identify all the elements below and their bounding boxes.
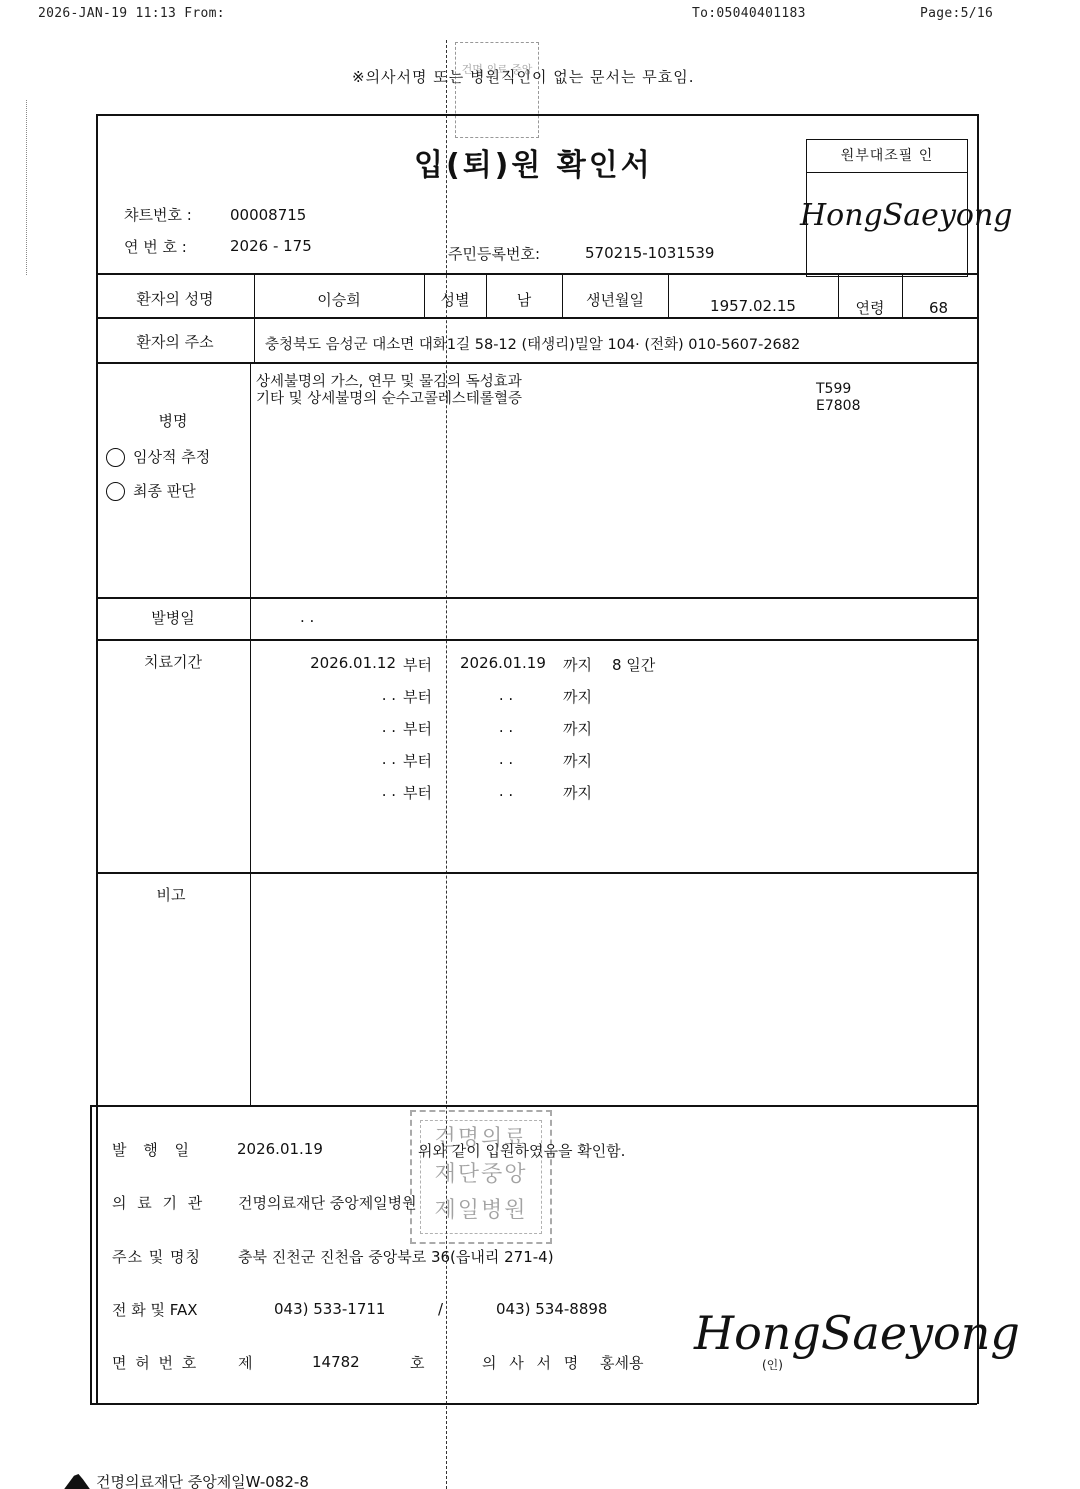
fax-page-indicator: Page:5/16 bbox=[920, 6, 993, 21]
fax-recipient: To:05040401183 bbox=[692, 6, 806, 21]
institution-name: 건명의료재단 중앙제일병원 bbox=[238, 1192, 417, 1213]
rule-bottom bbox=[90, 1403, 977, 1405]
treatment-to-date: . . bbox=[460, 750, 552, 768]
document-title: 입(퇴)원 확인서 bbox=[414, 140, 653, 184]
chart-number-label: 챠트번호 : bbox=[124, 204, 192, 225]
treatment-to-word: 까지 bbox=[563, 782, 592, 803]
clinical-estimate-radio[interactable] bbox=[106, 448, 125, 467]
treatment-from-date: 2026.01.12 bbox=[290, 654, 396, 672]
treatment-to-date: . . bbox=[460, 718, 552, 736]
treatment-to-word: 까지 bbox=[563, 686, 592, 707]
treatment-to-date: . . bbox=[460, 782, 552, 800]
treatment-from-word: 부터 bbox=[403, 750, 432, 771]
treatment-from-word: 부터 bbox=[403, 686, 432, 707]
margin-line bbox=[26, 100, 27, 275]
fax-number: 043) 534-8898 bbox=[496, 1300, 607, 1318]
confirmation-statement: 위와 같이 입원하였음을 확인함. bbox=[418, 1140, 625, 1161]
onset-label: 발병일 bbox=[96, 607, 250, 628]
treatment-from-word: 부터 bbox=[403, 782, 432, 803]
treatment-from-date: . . bbox=[290, 686, 396, 704]
diagnosis-line-2: 기타 및 상세불명의 순수고콜레스테롤혈증 bbox=[256, 391, 522, 407]
rule-remarks-row bbox=[90, 1105, 977, 1107]
col-line-label-lower bbox=[250, 362, 251, 1105]
serial-number: 2026 - 175 bbox=[230, 237, 312, 255]
patient-age: 68 bbox=[902, 299, 975, 317]
phone-fax-separator: / bbox=[438, 1300, 443, 1318]
frame-left-lower bbox=[90, 1105, 92, 1405]
hospital-seal-stamp: 건명의료 재단중앙 제일병원 bbox=[410, 1110, 552, 1244]
sex-label: 성별 bbox=[424, 289, 486, 310]
institution-label: 의 료 기 관 bbox=[112, 1192, 205, 1213]
rule-diagnosis-row bbox=[96, 597, 977, 599]
license-prefix: 제 bbox=[238, 1352, 253, 1373]
license-suffix: 호 bbox=[410, 1352, 425, 1373]
footer-form-code: 건명의료재단 중앙제일W-082-8 bbox=[62, 1471, 309, 1489]
doctor-signature-label: 의 사 서 명 bbox=[482, 1352, 582, 1373]
serial-number-label: 연 번 호 : bbox=[124, 236, 187, 257]
institution-address-label: 주소 및 명칭 bbox=[112, 1246, 201, 1267]
option-clinical-estimate[interactable]: 임상적 추정 bbox=[106, 446, 210, 467]
col-line-label bbox=[254, 273, 255, 362]
patient-name-label: 환자의 성명 bbox=[96, 288, 254, 309]
treatment-from-word: 부터 bbox=[403, 654, 432, 675]
doctor-handwritten-signature: HongSaeyong bbox=[694, 1306, 1020, 1360]
issue-date: 2026.01.19 bbox=[237, 1140, 323, 1158]
diagnosis-line-1: 상세불명의 가스, 연무 및 물김의 독성효과 bbox=[256, 374, 522, 390]
seal-text: 건명의료 재단중앙 제일병원 bbox=[420, 1120, 542, 1234]
treatment-to-date: 2026.01.19 bbox=[460, 654, 552, 672]
doctor-name: 홍세용 bbox=[600, 1352, 643, 1373]
treatment-days: 8 일간 bbox=[612, 654, 655, 675]
rule-treatment-row bbox=[96, 872, 977, 874]
fax-sender-timestamp: 2026-JAN-19 11:13 From: bbox=[38, 6, 225, 21]
patient-dob: 1957.02.15 bbox=[668, 297, 838, 315]
patient-sex: 남 bbox=[486, 289, 562, 310]
stamp-top-text: 건명 의료 중앙 bbox=[456, 63, 538, 77]
rule-onset-row bbox=[96, 639, 977, 641]
issue-date-label: 발 행 일 bbox=[112, 1139, 195, 1160]
remarks-label: 비고 bbox=[96, 884, 246, 905]
verification-label: 원부대조필 인 bbox=[807, 140, 967, 173]
diagnosis-code-1: T599 bbox=[816, 381, 851, 397]
chart-number: 00008715 bbox=[230, 206, 306, 224]
treatment-to-word: 까지 bbox=[563, 718, 592, 739]
diagnosis-label: 병명 bbox=[96, 410, 250, 431]
phone-number: 043) 533-1711 bbox=[274, 1300, 385, 1318]
treatment-from-word: 부터 bbox=[403, 718, 432, 739]
patient-name: 이승희 bbox=[254, 289, 424, 310]
treatment-period-label: 치료기간 bbox=[96, 651, 250, 672]
license-number: 14782 bbox=[312, 1353, 360, 1371]
treatment-to-date: . . bbox=[460, 686, 552, 704]
rule-address-row bbox=[96, 362, 977, 364]
treatment-from-date: . . bbox=[290, 718, 396, 736]
dob-label: 생년월일 bbox=[562, 289, 668, 310]
clinical-estimate-label: 임상적 추정 bbox=[133, 448, 210, 466]
verification-signature: HongSaeyong bbox=[800, 198, 1012, 233]
rule-top bbox=[96, 114, 977, 116]
treatment-from-date: . . bbox=[290, 750, 396, 768]
phone-fax-label: 전 화 및 FAX bbox=[112, 1299, 198, 1320]
treatment-to-word: 까지 bbox=[563, 750, 592, 771]
form-code-text: 건명의료재단 중앙제일W-082-8 bbox=[96, 1473, 309, 1489]
onset-date: . . bbox=[300, 608, 314, 626]
final-judgment-radio[interactable] bbox=[106, 482, 125, 501]
foundation-logo-icon bbox=[62, 1474, 92, 1489]
option-final-judgment[interactable]: 최종 판단 bbox=[106, 480, 196, 501]
treatment-to-word: 까지 bbox=[563, 654, 592, 675]
resident-number: 570215-1031539 bbox=[585, 244, 714, 262]
institution-address: 충북 진천군 진천읍 중앙북로 36(읍내리 271-4) bbox=[238, 1246, 554, 1267]
final-judgment-label: 최종 판단 bbox=[133, 482, 196, 500]
patient-address: 충청북도 음성군 대소면 대화1길 58-12 (태생리)밀알 104· (전화… bbox=[265, 333, 800, 354]
treatment-from-date: . . bbox=[290, 782, 396, 800]
resident-number-label: 주민등록번호: bbox=[448, 243, 540, 264]
patient-address-label: 환자의 주소 bbox=[96, 331, 254, 352]
diagnosis-code-2: E7808 bbox=[816, 398, 860, 414]
age-label: 연령 bbox=[838, 297, 902, 318]
fax-header: 2026-JAN-19 11:13 From: To:05040401183 P… bbox=[0, 4, 1080, 24]
license-label: 면 허 번 호 bbox=[112, 1352, 198, 1373]
